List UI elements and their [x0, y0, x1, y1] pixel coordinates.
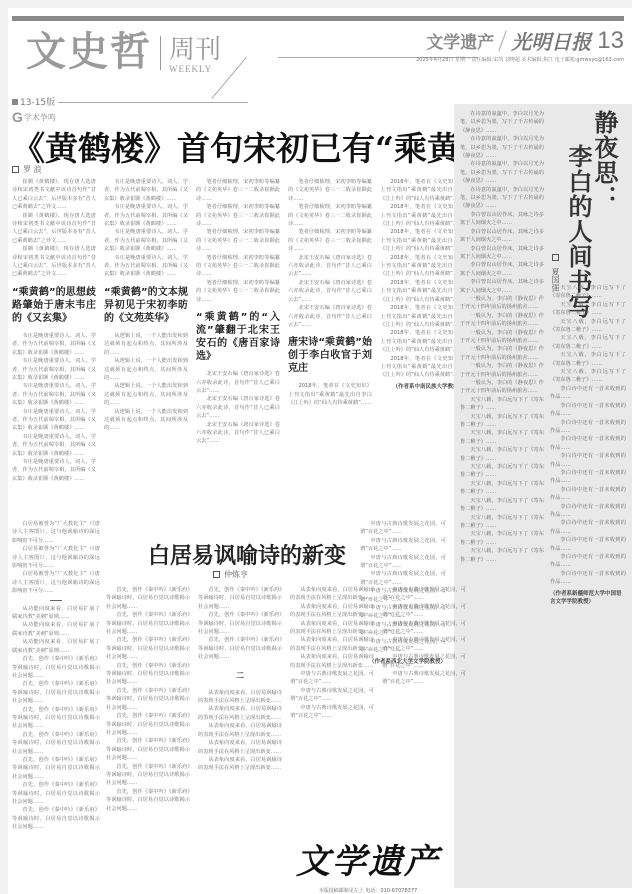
paragraph: 从功能向度来看，白居易扩展了儒家诗教“美刺”原则…… — [12, 621, 100, 638]
paragraph: 中唐与古典诗歌发展之花园，可谓“百花之中”…… — [360, 570, 446, 587]
edition-square-icon — [12, 99, 18, 105]
paragraph: 天宝八载，李白远写下了《寄东鲁二稚子》…… — [550, 334, 626, 351]
paragraph: 李白曾以山居作床，其咏之诗多寓于人间烟火之中…… — [460, 261, 544, 278]
paragraph: 2018年，笔者在《文史知识》上刊文指出“乘黄鹤”最先出自李白《江上吟》的“仙人… — [380, 355, 464, 380]
section-divider — [50, 600, 62, 601]
article1-column-2: 韦庄是晚唐重要诗人、词人、学者，作为五代前蜀宰相，其所编《又玄集》收录崔颢《黄鹤… — [104, 178, 188, 518]
masthead-separator — [160, 36, 161, 70]
paragraph: 李白曾以山居作床，其咏之诗多寓于人间烟火之中…… — [460, 228, 544, 245]
paragraph: 从表象向度来看，白居易讽喻诗的表现手法在风格上呈现出新变…… — [198, 689, 282, 706]
paragraph: 天宝八载，李白远写下了《寄东鲁二稚子》…… — [460, 530, 544, 547]
paragraph: 首先，创作《秦中吟》《新乐府》等讽喻诗时，白居易自觉以诗歌揭示社会问题…… — [198, 611, 282, 636]
article1-column-1: 崔颢《黄鹤楼》，现存唐人选唐诗和宋初类书文献中该诗首句作“昔人已乘白云去”，后世… — [12, 178, 96, 518]
weekly-en: WEEKLY — [169, 64, 221, 74]
paragraph: 笔者仔细梳理，宋初李昉等编纂的《文苑英华》卷三一二收录崔颢此诗…… — [196, 254, 280, 279]
paragraph: 中唐与古典诗歌发展之花园，可谓“百花之中”…… — [360, 554, 446, 571]
paragraph: 崔颢《黄鹤楼》，现存唐人选唐诗和宋初类书文献中该诗首句作“昔人已乘白云去”，后世… — [12, 212, 96, 246]
masthead-rule — [58, 102, 248, 103]
paragraph: 天宝八载，李白远写下了《寄东鲁二稚子》…… — [550, 318, 626, 335]
paragraph: 韦庄是晚唐重要诗人、词人、学者，作为五代前蜀宰相，其所编《又玄集》收录崔颢《黄鹤… — [12, 382, 96, 407]
paragraph: 韦庄是晚唐重要诗人、词人、学者，作为五代前蜀宰相，其所编《又玄集》收录崔颢《黄鹤… — [12, 408, 96, 433]
paragraph: 韦庄是晚唐重要诗人、词人、学者，作为五代前蜀宰相，其所编《又玄集》收录崔颢《黄鹤… — [12, 458, 96, 483]
paragraph: 中唐与古典诗歌发展之花园，可谓“百花之中”…… — [360, 638, 446, 655]
paragraph: 天宝八载，李白远写下了《寄东鲁二稚子》…… — [460, 429, 544, 446]
byline-box-icon — [552, 254, 559, 261]
paragraph: 李白诗中还有一首未收到的作品…… — [550, 570, 626, 587]
paragraph: 2018年，笔者在《文史知识》上刊文指出“乘黄鹤”最先出自李白《江上吟》的“仙人… — [288, 382, 372, 407]
paragraph: 笔者仔细梳理，宋初李昉等编纂的《文苑英华》卷三一二收录崔颢此诗…… — [196, 279, 280, 304]
paragraph: 首先，创作《秦中吟》《新乐府》等讽喻诗时，白居易自觉以诗歌揭示社会问题…… — [12, 655, 100, 680]
paragraph: 在诗意的氤氲中，李白以月光为笔，以乡思为墨，写下了千古传诵的《静夜思》…… — [460, 135, 544, 160]
article1-column-5: 2018年，笔者在《文史知识》上刊文指出“乘黄鹤”最先出自李白《江上吟》的“仙人… — [380, 178, 464, 518]
paragraph: 在诗意的氤氲中，李白以月光为笔，以乡思为墨，写下了千古传诵的《静夜思》…… — [460, 110, 544, 135]
paragraph: 从逻辑上说，一个人能出发和到达就须有起点和终点，其间所涉及的…… — [104, 382, 188, 407]
paragraph: 一般认为，李白的《静夜思》作于开元十四年前后的扬州旅舍…… — [460, 312, 544, 329]
masthead-top-bar — [12, 16, 624, 21]
paragraph: 崔颢《黄鹤楼》，现存唐人选唐诗和宋初类书文献中该诗首句作“昔人已乘白云去”，后世… — [12, 245, 96, 279]
paragraph: 李白诗中还有一首未收到的作品…… — [550, 452, 626, 469]
paragraph: 李白诗中还有一首未收到的作品…… — [550, 385, 626, 402]
section-name: 文学遗产 — [426, 28, 494, 53]
article2-column-1: 白居易被誉为“广大教化主”（《唐诗人主客图》），这与他讽喻诗的深远影响密不可分…… — [12, 520, 100, 888]
paragraph: 北宋王安石编《唐百家诗选》卷六亦收录此诗，首句作“昔人已乘白云去”…… — [196, 421, 280, 446]
sidebar-credit: （作者系新疆师范大学中国语言文学学院教授） — [550, 590, 626, 607]
article2-byline: 仲炼亨 — [213, 569, 248, 580]
paragraph: 首先，创作《秦中吟》《新乐府》等讽喻诗时，白居易自觉以诗歌揭示社会问题…… — [106, 763, 190, 788]
paragraph: 崔颢《黄鹤楼》，现存唐人选唐诗和宋初类书文献中该诗首句作“昔人已乘白云去”，后世… — [12, 178, 96, 212]
paragraph: 首先，创作《秦中吟》《新乐府》等讽喻诗时，白居易自觉以诗歌揭示社会问题…… — [106, 636, 190, 661]
paragraph: 韦庄是晚唐重要诗人、词人、学者，作为五代前蜀宰相，其所编《又玄集》收录崔颢《黄鹤… — [104, 254, 188, 279]
sidebar-column-1: 在诗意的氤氲中，李白以月光为笔，以乡思为墨，写下了千古传诵的《静夜思》…… 在诗… — [460, 110, 544, 880]
edition-label: 13-15版 — [12, 95, 55, 108]
paragraph: 笔者仔细梳理，宋初李昉等编纂的《文苑英华》卷三一二收录崔颢此诗…… — [196, 203, 280, 228]
article2-column-3: 首先，创作《秦中吟》《新乐府》等讽喻诗时，白居易自觉以诗歌揭示社会问题…… 首先… — [198, 586, 282, 886]
column-tag-label: 学术争鸣 — [24, 112, 56, 123]
paragraph: 一般认为，李白的《静夜思》作于开元十四年前后的扬州旅舍…… — [460, 345, 544, 362]
paragraph: 笔者仔细梳理，宋初李昉等编纂的《文苑英华》卷三一二收录崔颢此诗…… — [288, 228, 372, 253]
paragraph: 天宝八载，李白远写下了《寄东鲁二稚子》…… — [460, 396, 544, 413]
paragraph: 首先，创作《秦中吟》《新乐府》等讽喻诗时，白居易自觉以诗歌揭示社会问题…… — [198, 586, 282, 611]
paragraph: 在诗意的氤氲中，李白以月光为笔，以乡思为墨，写下了千古传诵的《静夜思》…… — [460, 186, 544, 211]
paragraph: 中唐与古典诗歌发展之花园，可谓“百花之中”…… — [360, 537, 446, 554]
paragraph: 2018年，笔者在《文史知识》上刊文指出“乘黄鹤”最先出自李白《江上吟》的“仙人… — [380, 228, 464, 253]
paragraph: 李白曾以山居作床，其咏之诗多寓于人间烟火之中…… — [460, 211, 544, 228]
paragraph: 首先，创作《秦中吟》《新乐府》等讽喻诗时，白居易自觉以诗歌揭示社会问题…… — [106, 611, 190, 636]
paragraph: 李白诗中还有一首未收到的作品…… — [550, 486, 626, 503]
paragraph: 笔者仔细梳理，宋初李昉等编纂的《文苑英华》卷三一二收录崔颢此诗…… — [288, 178, 372, 203]
paragraph: 天宝八载，李白远写下了《寄东鲁二稚子》…… — [460, 463, 544, 480]
masthead-title: 文史哲 — [26, 30, 152, 74]
paragraph: 天宝八载，李白远写下了《寄东鲁二稚子》…… — [460, 413, 544, 430]
paragraph: 韦庄是晚唐重要诗人、词人、学者，作为五代前蜀宰相，其所编《又玄集》收录崔颢《黄鹤… — [104, 178, 188, 203]
paragraph: 中唐与古典诗歌发展之花园，可谓“百花之中”…… — [360, 621, 446, 638]
paragraph: 一般认为，李白的《静夜思》作于开元十四年前后的扬州旅舍…… — [460, 362, 544, 379]
paragraph: 一般认为，李白的《静夜思》作于开元十四年前后的扬州旅舍…… — [460, 329, 544, 346]
paragraph: 李白诗中还有一首未收到的作品…… — [550, 435, 626, 452]
page-number: 13 — [597, 27, 624, 55]
paragraph: 首先，创作《秦中吟》《新乐府》等讽喻诗时，白居易自觉以诗歌揭示社会问题…… — [198, 636, 282, 661]
paragraph: 在诗意的氤氲中，李白以月光为笔，以乡思为墨，写下了千古传诵的《静夜思》…… — [460, 160, 544, 185]
paragraph: 李白诗中还有一首未收到的作品…… — [550, 469, 626, 486]
section-logo: 文学遗产 — [293, 834, 443, 883]
paragraph: 2018年，笔者在《文史知识》上刊文指出“乘黄鹤”最先出自李白《江上吟》的“仙人… — [380, 329, 464, 354]
article1-columns: 崔颢《黄鹤楼》，现存唐人选唐诗和宋初类书文献中该诗首句作“昔人已乘白云去”，后世… — [12, 178, 464, 518]
masthead-weekly: 周刊 WEEKLY — [169, 36, 221, 74]
paragraph: 中唐与古典诗歌发展之花园，可谓“百花之中”…… — [360, 587, 446, 604]
paragraph: 天宝八载，李白远写下了《寄东鲁二稚子》…… — [550, 284, 626, 301]
article1-subhead-1: “乘黄鹤”的思想歧路肇始于唐末韦庄的《又玄集》 — [12, 286, 96, 325]
paragraph: 首先，创作《秦中吟》《新乐府》等讽喻诗时，白居易自觉以诗歌揭示社会问题…… — [12, 756, 100, 781]
paragraph: 白居易被誉为“广大教化主”（《唐诗人主客图》），这与他讽喻诗的深远影响密不可分…… — [12, 545, 100, 570]
paragraph: 李白诗中还有一首未收到的作品…… — [550, 553, 626, 570]
paragraph: 白居易被誉为“广大教化主”（《唐诗人主客图》），这与他讽喻诗的深远影响密不可分…… — [12, 570, 100, 595]
sidebar-column-2: 天宝八载，李白远写下了《寄东鲁二稚子》…… 天宝八载，李白远写下了《寄东鲁二稚子… — [550, 284, 626, 880]
paragraph: 李白诗中还有一首未收到的作品…… — [550, 419, 626, 436]
paragraph: 李白诗中还有一首未收到的作品…… — [550, 519, 626, 536]
section-logo-block: 文学遗产 本版投稿邮箱见左上 电话：010-67078377 — [293, 834, 443, 894]
paragraph: 从表象向度来看，白居易讽喻诗的表现手法在风格上呈现出新变…… — [198, 756, 282, 773]
issue-info: 2025年4月28日 星期一 责任编辑:宋凯 刘博超 美术编辑:焦江 电子邮箱:… — [416, 56, 624, 63]
paragraph: 李白曾以山居作床，其咏之诗多寓于人间烟火之中…… — [460, 245, 544, 262]
byline-box-icon — [12, 166, 19, 173]
article2-column-2: 首先，创作《秦中吟》《新乐府》等讽喻诗时，白居易自觉以诗歌揭示社会问题…… 首先… — [106, 586, 190, 886]
paragraph: 中唐与古典诗歌发展之花园，可谓“百花之中”…… — [360, 604, 446, 621]
masthead: 文史哲 周刊 WEEKLY — [26, 30, 221, 74]
paragraph: 李白曾以山居作床，其咏之诗多寓于人间烟火之中…… — [460, 278, 544, 295]
paragraph: 首先，创作《秦中吟》《新乐府》等讽喻诗时，白居易自觉以诗歌揭示社会问题…… — [12, 731, 100, 756]
article2-column-6: 中唐与古典诗歌发展之花园，可谓“百花之中”…… 中唐与古典诗歌发展之花园，可谓“… — [360, 520, 446, 816]
paragraph: 2018年，笔者在《文史知识》上刊文指出“乘黄鹤”最先出自李白《江上吟》的“仙人… — [380, 279, 464, 304]
paragraph: 从表象向度来看，白居易讽喻诗的表现手法在风格上呈现出新变…… — [198, 722, 282, 739]
article1-byline: 罗 浪 — [12, 164, 42, 175]
paragraph: 天宝八载，李白远写下了《寄东鲁二稚子》…… — [460, 497, 544, 514]
paragraph: 天宝八载，李白远写下了《寄东鲁二稚子》…… — [550, 368, 626, 385]
paragraph: 首先，创作《秦中吟》《新乐府》等讽喻诗时，白居易自觉以诗歌揭示社会问题…… — [12, 680, 100, 705]
paragraph: 白居易被誉为“广大教化主”（《唐诗人主客图》），这与他讽喻诗的深远影响密不可分…… — [12, 520, 100, 545]
paragraph: 韦庄是晚唐重要诗人、词人、学者，作为五代前蜀宰相，其所编《又玄集》收录崔颢《黄鹤… — [12, 357, 96, 382]
paragraph: 一般认为，李白的《静夜思》作于开元十四年前后的扬州旅舍…… — [460, 379, 544, 396]
article1-subhead-3: “乘黄鹤”的“入流”肇翻于北宋王安石的《唐百家诗选》 — [196, 311, 280, 363]
section-contact-info: 本版投稿邮箱见左上 电话：010-67078377 — [293, 887, 443, 894]
paragraph: 首先，创作《秦中吟》《新乐府》等讽喻诗时，白居易自觉以诗歌揭示社会问题…… — [12, 806, 100, 831]
article2-headline: 白居易讽喻诗的新变 — [148, 539, 346, 570]
paragraph: 首先，创作《秦中吟》《新乐府》等讽喻诗时，白居易自觉以诗歌揭示社会问题…… — [106, 737, 190, 762]
paragraph: 韦庄是晚唐重要诗人、词人、学者，作为五代前蜀宰相，其所编《又玄集》收录崔颢《黄鹤… — [12, 332, 96, 357]
paragraph: 笔者仔细梳理，宋初李昉等编纂的《文苑英华》卷三一二收录崔颢此诗…… — [288, 203, 372, 228]
article2-credit: （作者系西北大学文学院教授） — [360, 658, 446, 666]
paragraph: 2018年，笔者在《文史知识》上刊文指出“乘黄鹤”最先出自李白《江上吟》的“仙人… — [380, 304, 464, 329]
article1-credit: （作者系中南民族大学教授） — [380, 383, 464, 391]
paragraph: 首先，创作《秦中吟》《新乐府》等讽喻诗时，白居易自觉以诗歌揭示社会问题…… — [12, 706, 100, 731]
article1-column-4: 笔者仔细梳理，宋初李昉等编纂的《文苑英华》卷三一二收录崔颢此诗…… 笔者仔细梳理… — [288, 178, 372, 518]
paragraph: 首先，创作《秦中吟》《新乐府》等讽喻诗时，白居易自觉以诗歌揭示社会问题…… — [106, 788, 190, 813]
paragraph: 天宝八载，李白远写下了《寄东鲁二稚子》…… — [550, 351, 626, 368]
paragraph: 韦庄是晚唐重要诗人、词人、学者，作为五代前蜀宰相，其所编《又玄集》收录崔颢《黄鹤… — [104, 228, 188, 253]
paragraph: 天宝八载，李白远写下了《寄东鲁二稚子》…… — [460, 547, 544, 564]
article1-subhead-4: 唐宋诗“乘黄鹤”始创于李白收官于刘克庄 — [288, 336, 372, 375]
paragraph: 韦庄是晚唐重要诗人、词人、学者，作为五代前蜀宰相，其所编《又玄集》收录崔颢《黄鹤… — [104, 203, 188, 228]
article1-author: 罗 浪 — [23, 164, 42, 175]
paragraph: 从功能向度来看，白居易扩展了儒家诗教“美刺”原则…… — [12, 605, 100, 622]
article2-section-mark: 二 — [198, 669, 282, 682]
weekly-zh: 周刊 — [169, 36, 221, 64]
sidebar-article: 静夜思： 李白的人间书写 夏国强 在诗意的氤氲中，李白以月光为笔，以乡思为墨，写… — [454, 104, 632, 888]
paragraph: 李白诗中还有一首未收到的作品…… — [550, 536, 626, 553]
paragraph: 北宋王安石编《唐百家诗选》卷六亦收录此诗，首句作“昔人已乘白云去”…… — [288, 279, 372, 304]
paragraph: 中唐与古典诗歌发展之花园，可谓“百花之中”…… — [360, 520, 446, 537]
paragraph: 天宝八载，李白远写下了《寄东鲁二稚子》…… — [460, 446, 544, 463]
paragraph: 从逻辑上说，一个人能出发和到达就须有起点和终点，其间所涉及的…… — [104, 408, 188, 433]
paragraph: 从功能向度来看，白居易扩展了儒家诗教“美刺”原则…… — [12, 638, 100, 655]
edition-text: 13-15版 — [20, 95, 55, 108]
paragraph: 天宝八载，李白远写下了《寄东鲁二稚子》…… — [460, 480, 544, 497]
paragraph: 首先，创作《秦中吟》《新乐府》等讽喻诗时，白居易自觉以诗歌揭示社会问题…… — [106, 687, 190, 712]
header-slash — [499, 30, 507, 51]
paragraph: 首先，创作《秦中吟》《新乐府》等讽喻诗时，白居易自觉以诗歌揭示社会问题…… — [106, 712, 190, 737]
paragraph: 韦庄是晚唐重要诗人、词人、学者，作为五代前蜀宰相，其所编《又玄集》收录崔颢《黄鹤… — [12, 433, 96, 458]
paragraph: 北宋王安石编《唐百家诗选》卷六亦收录此诗，首句作“昔人已乘白云去”…… — [196, 395, 280, 420]
paragraph: 北宋王安石编《唐百家诗选》卷六亦收录此诗，首句作“昔人已乘白云去”…… — [196, 370, 280, 395]
paragraph: 从逻辑上说，一个人能出发和到达就须有起点和终点，其间所涉及的…… — [104, 332, 188, 357]
paragraph: 一般认为，李白的《静夜思》作于开元十四年前后的扬州旅舍…… — [460, 295, 544, 312]
article1-column-3: 笔者仔细梳理，宋初李昉等编纂的《文苑英华》卷三一二收录崔颢此诗…… 笔者仔细梳理… — [196, 178, 280, 518]
paragraph: 首先，创作《秦中吟》《新乐府》等讽喻诗时，白居易自觉以诗歌揭示社会问题…… — [12, 781, 100, 806]
paragraph: 天宝八载，李白远写下了《寄东鲁二稚子》…… — [550, 301, 626, 318]
paragraph: 北宋王安石编《唐百家诗选》卷六亦收录此诗，首句作“昔人已乘白云去”…… — [288, 304, 372, 329]
article2-author: 仲炼亨 — [224, 569, 248, 580]
paragraph: 李白诗中还有一首未收到的作品…… — [550, 402, 626, 419]
paragraph: 笔者仔细梳理，宋初李昉等编纂的《文苑英华》卷三一二收录崔颢此诗…… — [196, 178, 280, 203]
paragraph: 李白诗中还有一首未收到的作品…… — [550, 503, 626, 520]
paragraph: 从逻辑上说，一个人能出发和到达就须有起点和终点，其间所涉及的…… — [104, 357, 188, 382]
paragraph: 北宋王安石编《唐百家诗选》卷六亦收录此诗，首句作“昔人已乘白云去”…… — [288, 254, 372, 279]
page-header-right: 文学遗产 光明日报 13 — [426, 26, 624, 55]
paragraph: 2018年，笔者在《文史知识》上刊文指出“乘黄鹤”最先出自李白《江上吟》的“仙人… — [380, 178, 464, 203]
paragraph: 2018年，笔者在《文史知识》上刊文指出“乘黄鹤”最先出自李白《江上吟》的“仙人… — [380, 203, 464, 228]
paragraph: 笔者仔细梳理，宋初李昉等编纂的《文苑英华》卷三一二收录崔颢此诗…… — [196, 228, 280, 253]
paragraph: 2018年，笔者在《文史知识》上刊文指出“乘黄鹤”最先出自李白《江上吟》的“仙人… — [380, 254, 464, 279]
article1-subhead-2: “乘黄鹤”的文本规异初见于宋初李昉的《文苑英华》 — [104, 286, 188, 325]
newspaper-page: 文史哲 周刊 WEEKLY 13-15版 文学遗产 光明日报 13 2025年4… — [8, 8, 632, 894]
paragraph: 从表象向度来看，白居易讽喻诗的表现手法在风格上呈现出新变…… — [198, 739, 282, 756]
paragraph: 首先，创作《秦中吟》《新乐府》等讽喻诗时，白居易自觉以诗歌揭示社会问题…… — [106, 662, 190, 687]
newspaper-name: 光明日报 — [511, 26, 591, 55]
paragraph: 从表象向度来看，白居易讽喻诗的表现手法在风格上呈现出新变…… — [198, 705, 282, 722]
paragraph: 首先，创作《秦中吟》《新乐府》等讽喻诗时，白居易自觉以诗歌揭示社会问题…… — [106, 586, 190, 611]
byline-box-icon — [213, 571, 220, 578]
paragraph: 天宝八载，李白远写下了《寄东鲁二稚子》…… — [460, 514, 544, 531]
